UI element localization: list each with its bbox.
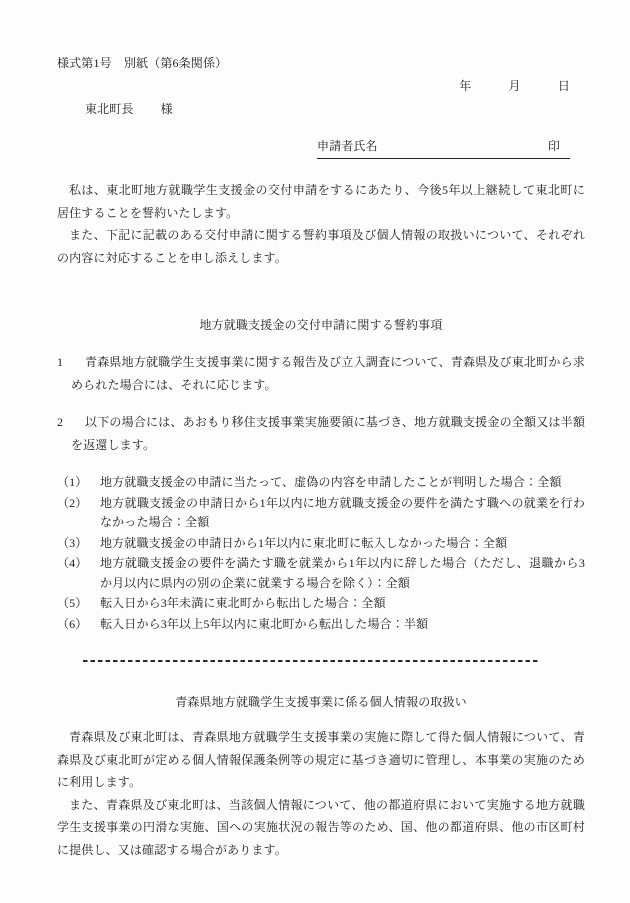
refund-case-5-text: 転入日から3年未満に東北町から転出した場合：全額 — [100, 596, 386, 610]
addressee-name: 東北町長 — [85, 102, 134, 116]
refund-case-6-text: 転入日から3年以上5年以内に東北町から転出した場合：半額 — [100, 617, 428, 631]
refund-case-5-marker: （5） — [57, 594, 87, 614]
privacy-paragraph-2: また、青森県及び東北町は、当該個人情報について、他の都道府県において実施する地方… — [57, 794, 585, 862]
addressee-honorific: 様 — [161, 102, 173, 116]
refund-case-3-text: 地方就職支援金の申請日から1年以内に東北町に転入しなかった場合：全額 — [100, 536, 507, 550]
form-number-label: 様式第1号 別紙（第6条関係） — [57, 55, 585, 71]
privacy-section-title: 青森県地方就職学生支援事業に係る個人情報の取扱い — [57, 691, 585, 713]
pledge-item-1: 1 青森県地方就職学生支援事業に関する報告及び立入調査について、青森県及び東北町… — [57, 351, 585, 396]
date-month-label: 月 — [509, 79, 521, 93]
refund-case-6: （6） 転入日から3年以上5年以内に東北町から転出した場合：半額 — [57, 615, 585, 635]
refund-case-5: （5） 転入日から3年未満に東北町から転出した場合：全額 — [57, 594, 585, 614]
privacy-section: 青森県及び東北町は、青森県地方就職学生支援事業の実施に際して得た個人情報について… — [57, 726, 585, 861]
applicant-name-label: 申請者氏名 — [317, 138, 378, 154]
refund-case-4-text: 地方就職支援金の要件を満たす職を就業から1年以内に辞した場合（ただし、退職から3… — [100, 556, 585, 590]
refund-case-2: （2） 地方就職支援金の申請日から1年以内に地方就職支援金の要件を満たす職への就… — [57, 494, 585, 533]
refund-case-6-marker: （6） — [57, 615, 87, 635]
refund-case-2-text: 地方就職支援金の申請日から1年以内に地方就職支援金の要件を満たす職への就業を行わ… — [100, 496, 585, 530]
pledge-item-2: 2 以下の場合には、あおもり移住支援事業実施要領に基づき、地方就職支援金の全額又… — [57, 411, 585, 456]
refund-case-1-text: 地方就職支援金の申請に当たって、虚偽の内容を申請したことが判明した場合：全額 — [100, 475, 561, 489]
pledge-item-2-marker: 2 — [57, 411, 63, 434]
refund-case-4-marker: （4） — [57, 554, 87, 574]
pledge-item-1-text: 青森県地方就職学生支援事業に関する報告及び立入調査について、青森県及び東北町から… — [71, 355, 585, 392]
document-page: 様式第1号 別紙（第6条関係） 年 月 日 東北町長様 申請者氏名 印 私は、東… — [0, 0, 630, 903]
seal-label: 印 — [548, 138, 570, 154]
date-line: 年 月 日 — [57, 78, 585, 94]
addressee-line: 東北町長様 — [57, 101, 585, 117]
intro-paragraph-1: 私は、東北町地方就職学生支援金の交付申請をするにあたり、今後5年以上継続して東北… — [57, 179, 585, 224]
refund-case-list: （1） 地方就職支援金の申請に当たって、虚偽の内容を申請したことが判明した場合：… — [57, 473, 585, 634]
pledge-item-1-marker: 1 — [57, 351, 63, 374]
intro-section: 私は、東北町地方就職学生支援金の交付申請をするにあたり、今後5年以上継続して東北… — [57, 179, 585, 269]
applicant-name-field: 申請者氏名 印 — [317, 138, 570, 159]
pledge-section-title: 地方就職支援金の交付申請に関する誓約事項 — [57, 314, 585, 336]
privacy-paragraph-1: 青森県及び東北町は、青森県地方就職学生支援事業の実施に際して得た個人情報について… — [57, 726, 585, 794]
dashed-separator — [83, 660, 538, 662]
intro-paragraph-2: また、下記に記載のある交付申請に関する誓約事項及び個人情報の取扱いについて、それ… — [57, 224, 585, 269]
refund-case-2-marker: （2） — [57, 494, 87, 514]
pledge-item-2-text: 以下の場合には、あおもり移住支援事業実施要領に基づき、地方就職支援金の全額又は半… — [71, 415, 585, 452]
refund-case-4: （4） 地方就職支援金の要件を満たす職を就業から1年以内に辞した場合（ただし、退… — [57, 554, 585, 593]
date-day-label: 日 — [558, 79, 570, 93]
refund-case-3-marker: （3） — [57, 534, 87, 554]
refund-case-3: （3） 地方就職支援金の申請日から1年以内に東北町に転入しなかった場合：全額 — [57, 534, 585, 554]
date-year-label: 年 — [459, 79, 471, 93]
refund-case-1-marker: （1） — [57, 473, 87, 493]
refund-case-1: （1） 地方就職支援金の申請に当たって、虚偽の内容を申請したことが判明した場合：… — [57, 473, 585, 493]
